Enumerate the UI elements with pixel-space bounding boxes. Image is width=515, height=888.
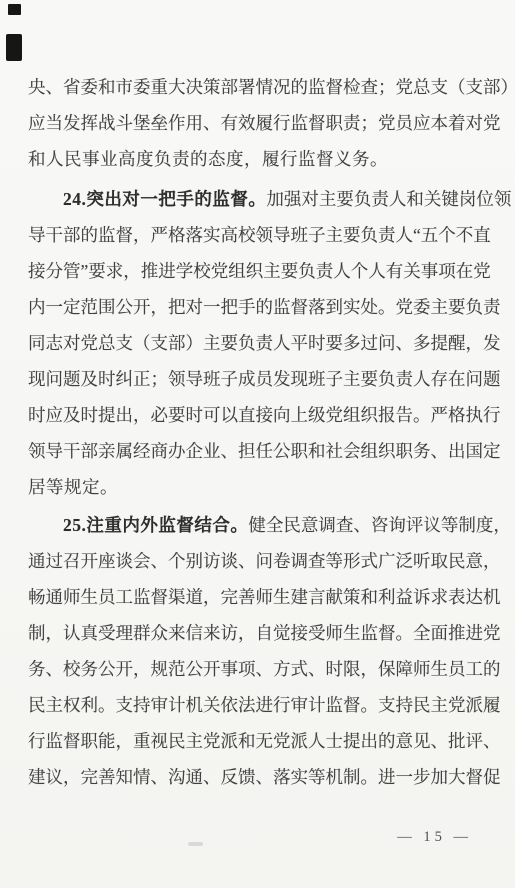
line-text: 建议，完善知情、沟通、反馈、落实等机制。进一步加大督促 (28, 767, 501, 787)
line-text: 现问题及时纠正；领导班子成员发现班子主要负责人存在问题 (28, 369, 501, 389)
scan-artifact-mark-left (6, 34, 22, 61)
text-line: 内一定范围公开，把对一把手的监督落到实处。党委主要负责 (28, 289, 489, 325)
line-text: 通过召开座谈会、个别访谈、问卷调查等形式广泛听取民意， (28, 551, 501, 571)
text-line: 现问题及时纠正；领导班子成员发现班子主要负责人存在问题 (28, 361, 489, 397)
text-line: 居等规定。 (28, 469, 489, 505)
text-line: 务、校务公开，规范公开事项、方式、时限，保障师生员工的 (28, 651, 489, 687)
line-text: 和人民事业高度负责的态度，履行监督义务。 (28, 149, 388, 169)
line-text: 领导干部亲属经商办企业、担任公职和社会组织职务、出国定 (28, 441, 501, 461)
line-text: 央、省委和市委重大决策部署情况的监督检查；党总支（支部） (28, 77, 515, 97)
line-text: 加强对主要负责人和关键岗位领 (266, 189, 511, 209)
text-line-paragraph-25-start: 25.注重内外监督结合。健全民意调查、咨询评议等制度， (28, 507, 489, 543)
text-line: 应当发挥战斗堡垒作用、有效履行监督职责；党员应本着对党 (28, 105, 489, 141)
line-text: 民主权利。支持审计机关依法进行审计监督。支持民主党派履 (28, 695, 501, 715)
line-text: 时应及时提出，必要时可以直接向上级党组织报告。严格执行 (28, 405, 501, 425)
line-text: 健全民意调查、咨询评议等制度， (248, 515, 511, 535)
text-line: 民主权利。支持审计机关依法进行审计监督。支持民主党派履 (28, 687, 489, 723)
text-line: 建议，完善知情、沟通、反馈、落实等机制。进一步加大督促 (28, 759, 489, 795)
text-line: 接分管”要求，推进学校党组织主要负责人个人有关事项在党 (28, 253, 489, 289)
scan-smudge (188, 842, 203, 846)
line-text: 务、校务公开，规范公开事项、方式、时限，保障师生员工的 (28, 659, 501, 679)
line-text: 应当发挥战斗堡垒作用、有效履行监督职责；党员应本着对党 (28, 113, 501, 133)
scan-artifact-mark-top (8, 4, 21, 15)
text-line: 通过召开座谈会、个别访谈、问卷调查等形式广泛听取民意， (28, 543, 489, 579)
line-text: 行监督职能，重视民主党派和无党派人士提出的意见、批评、 (28, 731, 501, 751)
line-text: 接分管”要求，推进学校党组织主要负责人个人有关事项在党 (28, 261, 491, 281)
text-line: 畅通师生员工监督渠道，完善师生建言献策和利益诉求表达机 (28, 579, 489, 615)
scanned-document-page: 央、省委和市委重大决策部署情况的监督检查；党总支（支部） 应当发挥战斗堡垒作用、… (0, 0, 515, 888)
line-text: 内一定范围公开，把对一把手的监督落到实处。党委主要负责 (28, 297, 501, 317)
document-body: 央、省委和市委重大决策部署情况的监督检查；党总支（支部） 应当发挥战斗堡垒作用、… (28, 69, 489, 795)
text-line: 行监督职能，重视民主党派和无党派人士提出的意见、批评、 (28, 723, 489, 759)
text-line: 时应及时提出，必要时可以直接向上级党组织报告。严格执行 (28, 397, 489, 433)
text-line: 同志对党总支（支部）主要负责人平时要多过问、多提醒，发 (28, 325, 489, 361)
line-text: 同志对党总支（支部）主要负责人平时要多过问、多提醒，发 (28, 333, 501, 353)
line-text: 畅通师生员工监督渠道，完善师生建言献策和利益诉求表达机 (28, 587, 501, 607)
text-line-paragraph-24-start: 24.突出对一把手的监督。加强对主要负责人和关键岗位领 (28, 181, 489, 217)
paragraph-24-heading: 24.突出对一把手的监督。 (63, 189, 266, 209)
line-text: 导干部的监督，严格落实高校领导班子主要负责人“五个不直 (28, 225, 491, 245)
line-text: 居等规定。 (28, 477, 118, 497)
text-line: 央、省委和市委重大决策部署情况的监督检查；党总支（支部） (28, 69, 489, 105)
page-number: — 15 — (397, 829, 472, 846)
text-line: 制，认真受理群众来信来访，自觉接受师生监督。全面推进党 (28, 615, 489, 651)
paragraph-25-heading: 25.注重内外监督结合。 (63, 515, 248, 535)
text-line: 和人民事业高度负责的态度，履行监督义务。 (28, 141, 489, 177)
line-text: 制，认真受理群众来信来访，自觉接受师生监督。全面推进党 (28, 623, 501, 643)
text-line: 领导干部亲属经商办企业、担任公职和社会组织职务、出国定 (28, 433, 489, 469)
text-line: 导干部的监督，严格落实高校领导班子主要负责人“五个不直 (28, 217, 489, 253)
